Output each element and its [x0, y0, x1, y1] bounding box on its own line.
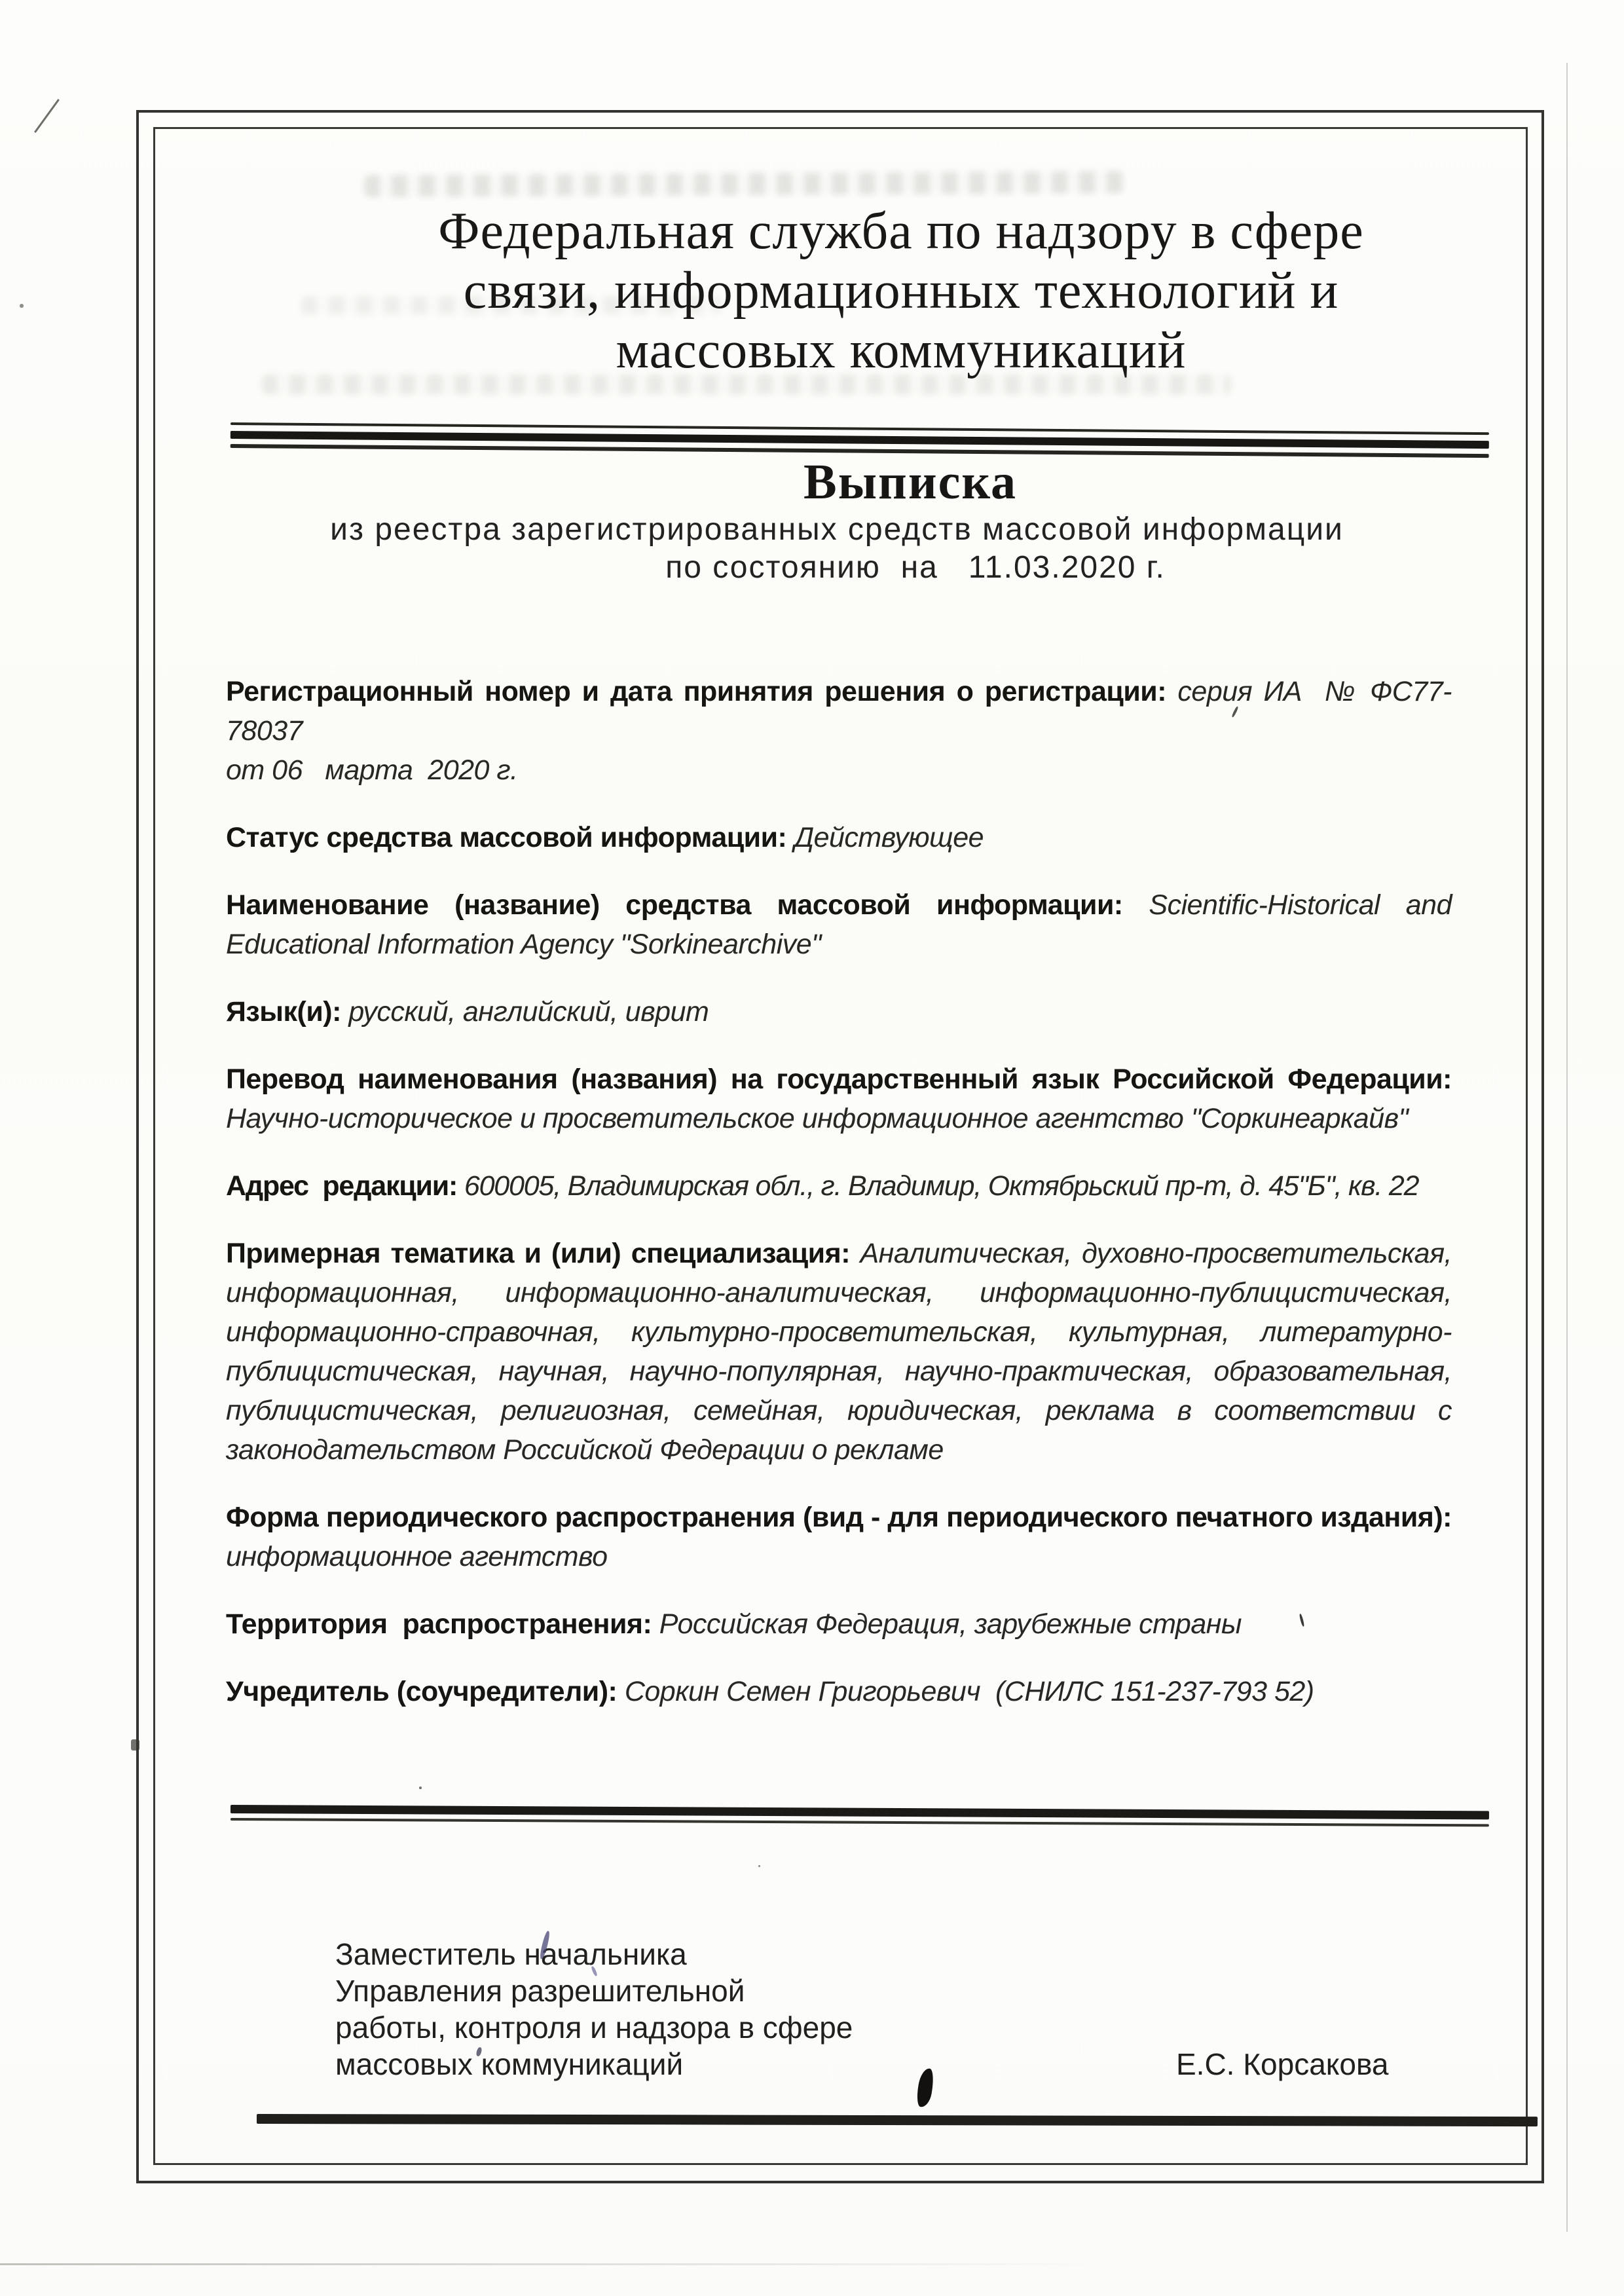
field-value: Действующее — [794, 822, 984, 853]
field-label: Перевод наименования (названия) на госуд… — [226, 1064, 1452, 1095]
field-label: Регистрационный номер и дата принятия ре… — [226, 676, 1166, 707]
field-value: Российская Федерация, зарубежные страны — [659, 1608, 1242, 1640]
issuing-authority-line: массовых коммуникаций — [210, 321, 1593, 380]
issuing-authority-line: связи, информационных технологий и — [210, 261, 1593, 321]
field-label: Территория распространения: — [226, 1608, 652, 1640]
field-value: русский, английский, иврит — [348, 996, 709, 1028]
field-label: Форма периодического распространения (ви… — [226, 1502, 1452, 1533]
signatory-position: Заместитель начальника Управления разреш… — [335, 1936, 1213, 2083]
scan-speck — [758, 1865, 760, 1867]
registry-fields: Регистрационный номер и дата принятия ре… — [226, 672, 1452, 1739]
field-label: Адрес редакции: — [226, 1170, 457, 1202]
scan-edge-line — [1566, 63, 1568, 2232]
field-editorial-address: Адрес редакции: 600005, Владимирская обл… — [226, 1166, 1452, 1206]
scan-scratch-artifact — [34, 99, 60, 133]
issuing-authority-name: Федеральная служба по надзору в сфере св… — [210, 202, 1593, 380]
field-status: Статус средства массовой информации: Дей… — [226, 818, 1452, 857]
field-value: Соркин Семен Григорьевич (СНИЛС 151-237-… — [625, 1676, 1314, 1707]
field-media-name: Наименование (название) средства массово… — [226, 885, 1452, 964]
signatory-position-line: Заместитель начальника — [335, 1936, 1213, 1972]
scanned-document-page: Федеральная служба по надзору в сфере св… — [0, 0, 1624, 2296]
scan-speck — [131, 1739, 139, 1750]
field-languages: Язык(и): русский, английский, иврит — [226, 992, 1452, 1031]
field-label: Наименование (название) средства массово… — [226, 889, 1123, 921]
document-subtitle: из реестра зарегистрированных средств ма… — [226, 511, 1448, 548]
scan-streak-line — [0, 2263, 1113, 2265]
field-value: Аналитическая, духовно-просветительская,… — [226, 1238, 1452, 1466]
document-title: Выписка — [210, 456, 1611, 508]
field-registration-number: Регистрационный номер и дата принятия ре… — [226, 672, 1452, 790]
field-distribution-territory: Территория распространения: Российская Ф… — [226, 1604, 1452, 1644]
field-name-translation: Перевод наименования (названия) на госуд… — [226, 1060, 1452, 1138]
signatory-position-line: массовых коммуникаций — [335, 2046, 1213, 2083]
field-distribution-form: Форма периодического распространения (ви… — [226, 1498, 1452, 1576]
issuing-authority-line: Федеральная служба по надзору в сфере — [210, 202, 1593, 261]
field-label: Язык(и): — [226, 996, 341, 1028]
field-label: Статус средства массовой информации: — [226, 822, 786, 853]
scan-speck — [20, 304, 24, 308]
signatory-name: Е.С. Корсакова — [1176, 2046, 1389, 2083]
field-founder: Учредитель (соучредители): Соркин Семен … — [226, 1672, 1452, 1711]
as-of-date-line: по состоянию на 11.03.2020 г. — [207, 549, 1624, 586]
scan-speck — [419, 1787, 422, 1789]
signatory-position-line: Управления разрешительной — [335, 1972, 1213, 2009]
field-label: Учредитель (соучредители): — [226, 1676, 617, 1707]
field-value-line2: от 06 марта 2020 г. — [226, 750, 1452, 790]
field-value: Научно-историческое и просветительское и… — [226, 1103, 1408, 1134]
field-subject-specialization: Примерная тематика и (или) специализация… — [226, 1234, 1452, 1470]
field-value: информационное агентство — [226, 1541, 608, 1572]
field-value: 600005, Владимирская обл., г. Владимир, … — [464, 1170, 1418, 1202]
scan-bleed-ghost-top — [364, 171, 1124, 197]
field-label: Примерная тематика и (или) специализация… — [226, 1238, 850, 1269]
signatory-position-line: работы, контроля и надзора в сфере — [335, 2009, 1213, 2046]
